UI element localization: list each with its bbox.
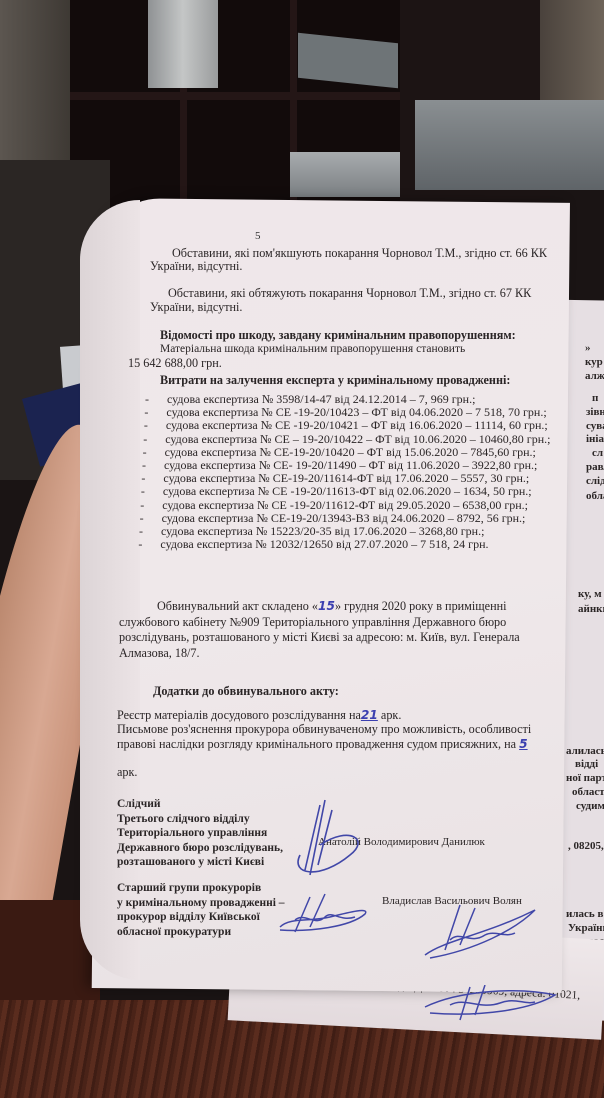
compiled-line4: Алмазова, 18/7. bbox=[119, 646, 200, 661]
registry-line: Реєстр матеріалів досудового розслідуван… bbox=[117, 708, 401, 723]
underlying-text-fragment: айнки, bbox=[578, 603, 604, 615]
underlying-text-fragment: п bbox=[592, 392, 598, 404]
page-number: 5 bbox=[255, 230, 261, 242]
explanation-line2: правові наслідки розгляду кримінального … bbox=[117, 737, 528, 752]
expert-cost-text: судова експертиза № СЕ-19-20/11614-ФТ ві… bbox=[163, 471, 529, 484]
underlying-text-fragment: відді bbox=[575, 758, 598, 770]
mitigating-line2: України, відсутні. bbox=[150, 259, 242, 274]
background-paper-stack bbox=[415, 100, 604, 190]
expert-cost-item: -судова експертиза № СЕ-19-20/10420 – ФТ… bbox=[143, 445, 551, 458]
expert-cost-item: -судова експертиза № СЕ- 19-20/11490 – Ф… bbox=[142, 458, 550, 471]
shelf-divider bbox=[70, 92, 400, 100]
expert-cost-text: судова експертиза № СЕ -19-20/10423 – ФТ… bbox=[166, 405, 546, 418]
compiled-day: 15 bbox=[318, 599, 335, 613]
signature-title-line: Слідчий bbox=[117, 797, 161, 812]
damage-line1: Матеріальна шкода кримінальним правопору… bbox=[160, 342, 465, 357]
signature-title-line: розташованого у місті Києві bbox=[117, 855, 264, 870]
underlying-text-fragment: обла bbox=[586, 490, 604, 502]
compiled-prefix: Обвинувальний акт складено « bbox=[157, 599, 318, 613]
damage-amount: 15 642 688,00 грн. bbox=[128, 356, 222, 371]
underlying-text-fragment: України, bbox=[568, 922, 604, 934]
list-bullet: - bbox=[140, 498, 162, 511]
background-binder bbox=[148, 0, 218, 88]
underlying-text-fragment: сувал bbox=[586, 420, 604, 432]
expert-cost-item: -судова експертиза № СЕ -19-20/10423 – Ф… bbox=[144, 405, 550, 418]
list-bullet: - bbox=[145, 392, 167, 405]
expert-costs-heading: Витрати на залучення експерта у кримінал… bbox=[160, 373, 510, 388]
underlying-text-fragment: сл bbox=[592, 447, 603, 459]
explanation-pages: 5 bbox=[519, 737, 527, 751]
underlying-text-fragment: ку, м bbox=[578, 588, 602, 600]
list-bullet: - bbox=[141, 484, 163, 497]
underlying-text-fragment: » bbox=[585, 342, 591, 354]
list-bullet: - bbox=[138, 537, 160, 550]
expert-cost-item: -судова експертиза № 3598/14-47 від 24.1… bbox=[145, 392, 550, 405]
compiled-line1: Обвинувальний акт складено «15» грудня 2… bbox=[157, 599, 507, 614]
damage-heading: Відомості про шкоду, завдану кримінальни… bbox=[160, 328, 516, 343]
investigator-signature bbox=[280, 795, 400, 885]
underlying-text-fragment: алж bbox=[585, 370, 604, 382]
signature-title-line: у кримінальному провадженні – bbox=[117, 896, 285, 911]
signature-title-line: Територіального управління bbox=[117, 826, 267, 841]
registry-pages: 21 bbox=[361, 708, 378, 722]
signature-title-line: обласної прокуратури bbox=[117, 925, 231, 940]
compiled-line2: службового кабінету №909 Територіального… bbox=[119, 615, 506, 630]
prosecutor-signature bbox=[270, 892, 380, 947]
appendices-heading: Додатки до обвинувального акту: bbox=[153, 684, 339, 699]
expert-cost-text: судова експертиза № СЕ- 19-20/11490 – ФТ… bbox=[164, 458, 537, 471]
expert-cost-text: судова експертиза № 3598/14-47 від 24.12… bbox=[167, 392, 475, 405]
list-bullet: - bbox=[142, 458, 164, 471]
expert-cost-text: судова експертиза № СЕ -19-20/11612-ФТ в… bbox=[162, 498, 528, 511]
expert-cost-text: судова експертиза № СЕ-19-20/13943-ВЗ ві… bbox=[162, 511, 526, 524]
underlying-text-fragment: слідув bbox=[586, 475, 604, 487]
expert-cost-item: -судова експертиза № 15223/20-35 від 17.… bbox=[139, 524, 550, 537]
compiled-line3: розслідувань, розташованого у місті Києв… bbox=[119, 630, 520, 645]
expert-cost-item: -судова експертиза № СЕ -19-20/10421 – Ф… bbox=[144, 418, 551, 431]
underlying-text-fragment: судим bbox=[576, 800, 604, 812]
aggravating-line1: Обставини, які обтяжують покарання Чорно… bbox=[168, 286, 531, 301]
expert-cost-text: судова експертиза № СЕ – 19-20/10422 – Ф… bbox=[165, 432, 550, 445]
expert-cost-text: судова експертиза № СЕ -19-20/10421 – ФТ… bbox=[166, 418, 548, 431]
underlying-text-fragment: кур bbox=[585, 356, 603, 368]
explanation-line3: арк. bbox=[117, 765, 137, 780]
underlying-text-fragment: області bbox=[572, 786, 604, 798]
signature-title-line: прокурор відділу Київської bbox=[117, 910, 260, 925]
aggravating-line2: України, відсутні. bbox=[150, 300, 242, 315]
list-bullet: - bbox=[139, 524, 161, 537]
underlying-text-fragment: ної парт bbox=[566, 772, 604, 784]
list-bullet: - bbox=[144, 418, 166, 431]
compiled-suffix: » грудня 2020 року в приміщенні bbox=[335, 599, 507, 613]
expert-cost-item: -судова експертиза № СЕ-19-20/13943-ВЗ в… bbox=[140, 511, 551, 524]
explanation-line2-text: правові наслідки розгляду кримінального … bbox=[117, 737, 519, 751]
list-bullet: - bbox=[141, 471, 163, 484]
underlying-text-fragment: илась в bbox=[566, 908, 603, 920]
signature-title-line: Старший групи прокурорів bbox=[117, 881, 261, 896]
signature-title-line: Державного бюро розслідувань, bbox=[117, 841, 283, 856]
underlying-text-fragment: зівн bbox=[586, 406, 604, 418]
background-papers bbox=[290, 152, 400, 197]
explanation-line1: Письмове роз'яснення прокурора обвинувач… bbox=[117, 722, 531, 737]
expert-cost-item: -судова експертиза № СЕ – 19-20/10422 – … bbox=[143, 432, 550, 445]
expert-cost-item: - судова експертиза № СЕ -19-20/11613-ФТ… bbox=[141, 484, 551, 497]
underlying-signature bbox=[415, 900, 545, 965]
expert-cost-text: судова експертиза № 15223/20-35 від 17.0… bbox=[161, 524, 484, 537]
expert-cost-text: судова експертиза № 12032/12650 від 27.0… bbox=[160, 537, 488, 550]
expert-cost-text: судова експертиза № СЕ-19-20/10420 – ФТ … bbox=[165, 445, 536, 458]
expert-cost-text: судова експертиза № СЕ -19-20/11613-ФТ в… bbox=[163, 484, 532, 497]
underlying-text-fragment: равл bbox=[586, 461, 604, 473]
expert-cost-item: -судова експертиза № СЕ-19-20/11614-ФТ в… bbox=[141, 471, 550, 484]
list-bullet: - bbox=[143, 445, 165, 458]
signature-title-line: Третього слідчого відділу bbox=[117, 812, 250, 827]
underlying-text-fragment: ініал bbox=[586, 433, 604, 445]
expert-cost-item: -судова експертиза № СЕ -19-20/11612-ФТ … bbox=[140, 498, 550, 511]
list-bullet: - bbox=[140, 511, 162, 524]
registry-suffix: арк. bbox=[378, 708, 402, 722]
list-bullet: - bbox=[144, 405, 166, 418]
registry-prefix: Реєстр матеріалів досудового розслідуван… bbox=[117, 708, 361, 722]
expert-cost-item: -судова експертиза № 12032/12650 від 27.… bbox=[138, 537, 550, 550]
underlying-text-fragment: , 08205, bbox=[568, 840, 604, 852]
underlying-text-fragment: алилась bbox=[566, 745, 604, 757]
expert-costs-list: -судова експертиза № 3598/14-47 від 24.1… bbox=[145, 392, 550, 550]
list-bullet: - bbox=[143, 432, 165, 445]
bottom-signature bbox=[420, 985, 560, 1025]
